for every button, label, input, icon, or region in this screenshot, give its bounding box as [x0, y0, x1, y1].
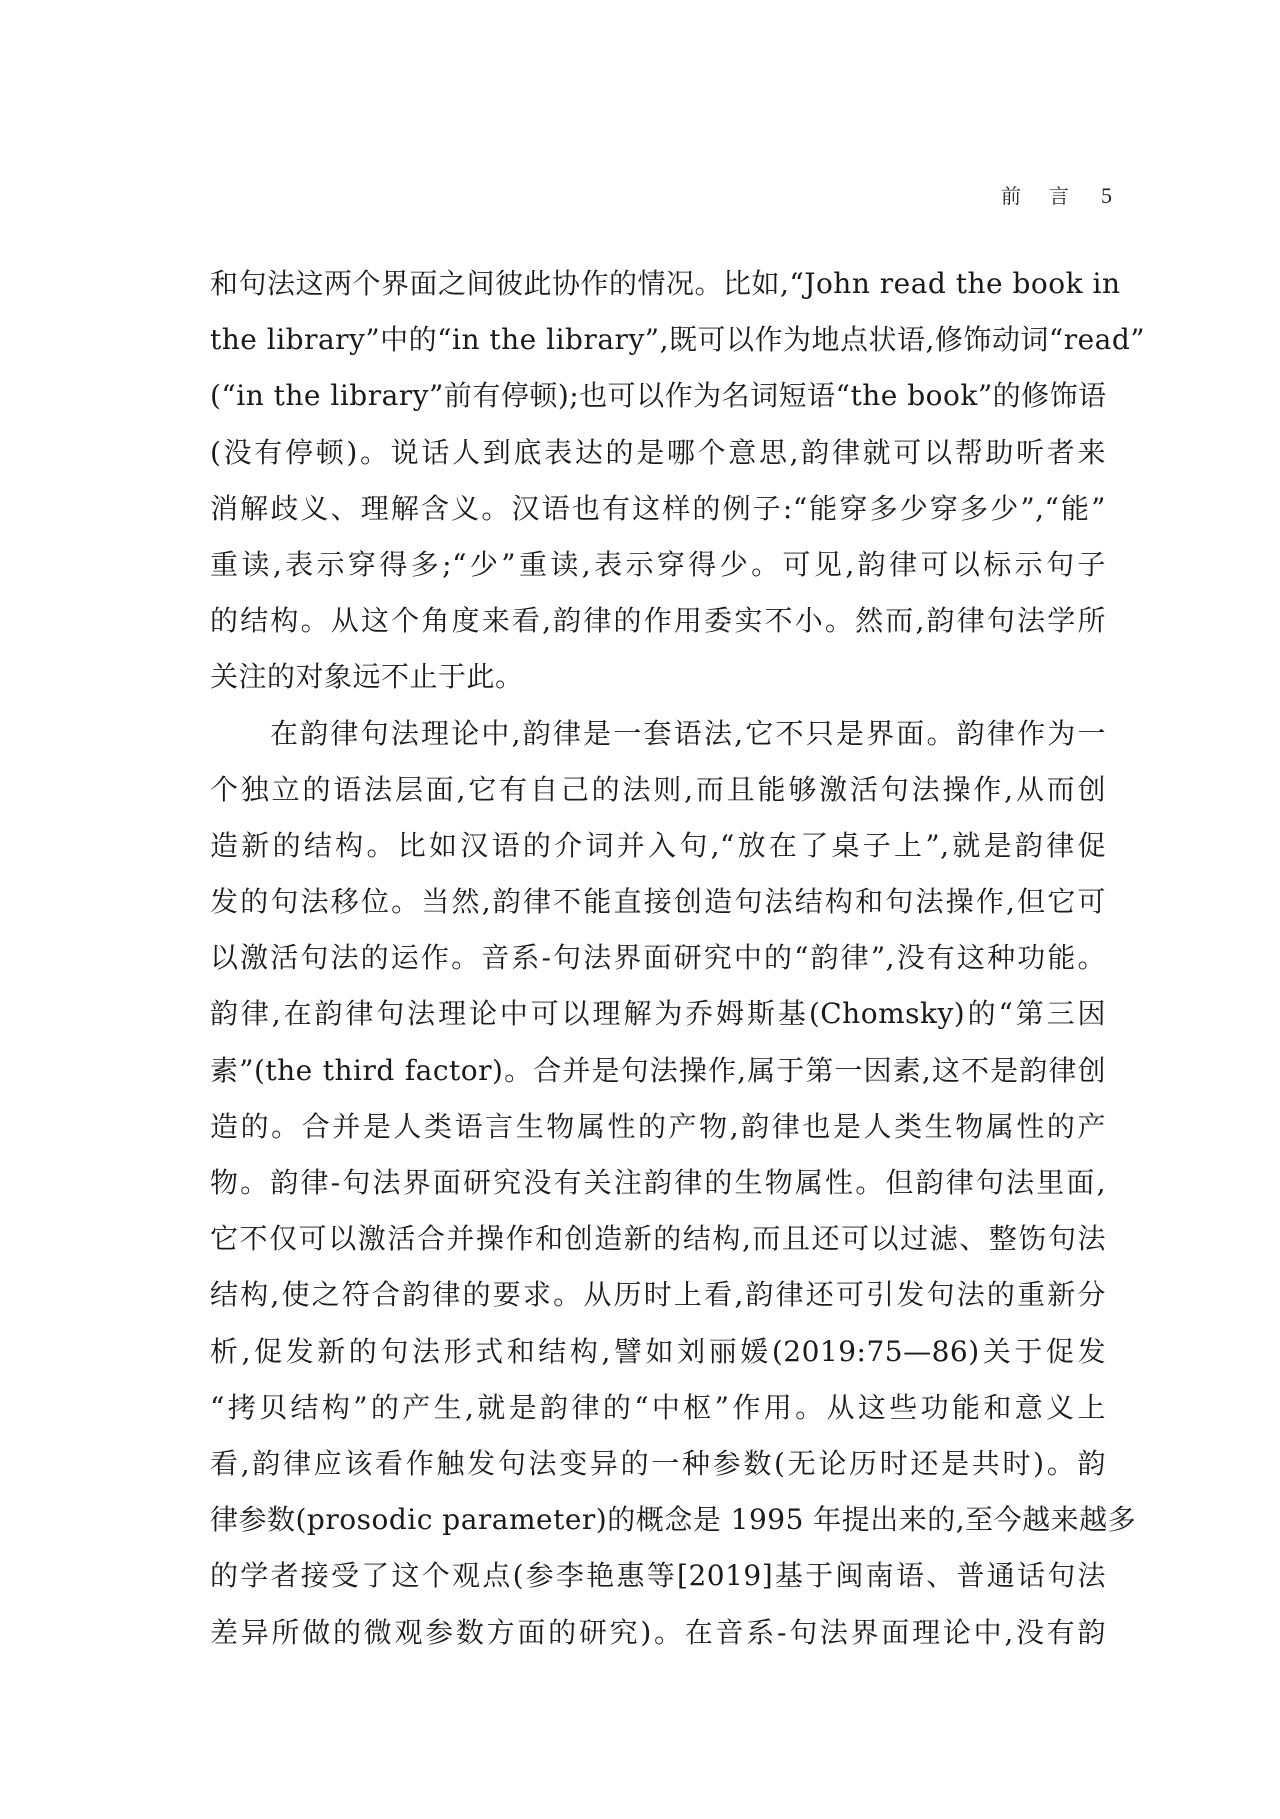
text-line: 关注的对象远不止于此。 — [210, 649, 1106, 705]
text-line: 以激活句法的运作。音系-句法界面研究中的“韵律”,没有这种功能。 — [210, 930, 1106, 986]
page-number: 5 — [1101, 183, 1112, 209]
text-line: 造新的结构。比如汉语的介词并入句,“放在了桌子上”,就是韵律促 — [210, 818, 1106, 874]
paragraph: 和句法这两个界面之间彼此协作的情况。比如,“John read the book… — [210, 256, 1106, 706]
header-title-char: 前 — [1001, 180, 1021, 209]
text-line: the library”中的“in the library”,既可以作为地点状语… — [210, 312, 1106, 368]
text-line: 重读,表示穿得多;“少”重读,表示穿得少。可见,韵律可以标示句子 — [210, 537, 1106, 593]
text-line: 个独立的语法层面,它有自己的法则,而且能够激活句法操作,从而创 — [210, 762, 1106, 818]
text-line: 和句法这两个界面之间彼此协作的情况。比如,“John read the book… — [210, 256, 1106, 312]
paragraph: 在韵律句法理论中,韵律是一套语法,它不只是界面。韵律作为一 个独立的语法层面,它… — [210, 706, 1106, 1661]
text-line: 的学者接受了这个观点(参李艳惠等[2019]基于闽南语、普通话句法 — [210, 1548, 1106, 1604]
text-line: 律参数(prosodic parameter)的概念是 1995 年提出来的,至… — [210, 1492, 1106, 1548]
text-line: 结构,使之符合韵律的要求。从历时上看,韵律还可引发句法的重新分 — [210, 1267, 1106, 1323]
text-line: 消解歧义、理解含义。汉语也有这样的例子:“能穿多少穿多少”,“能” — [210, 481, 1106, 537]
text-line: (没有停顿)。说话人到底表达的是哪个意思,韵律就可以帮助听者来 — [210, 425, 1106, 481]
text-line: 物。韵律-句法界面研究没有关注韵律的生物属性。但韵律句法里面, — [210, 1155, 1106, 1211]
book-page: 前 言 5 和句法这两个界面之间彼此协作的情况。比如,“John read th… — [0, 0, 1280, 1819]
text-line: 素”(the third factor)。合并是句法操作,属于第一因素,这不是韵… — [210, 1043, 1106, 1099]
running-header: 前 言 5 — [1001, 180, 1112, 209]
text-line: 的结构。从这个角度来看,韵律的作用委实不小。然而,韵律句法学所 — [210, 593, 1106, 649]
text-line: 发的句法移位。当然,韵律不能直接创造句法结构和句法操作,但它可 — [210, 874, 1106, 930]
body-text: 和句法这两个界面之间彼此协作的情况。比如,“John read the book… — [210, 256, 1106, 1661]
text-line: 造的。合并是人类语言生物属性的产物,韵律也是人类生物属性的产 — [210, 1099, 1106, 1155]
text-line: (“in the library”前有停顿);也可以作为名词短语“the boo… — [210, 368, 1106, 424]
text-line: 它不仅可以激活合并操作和创造新的结构,而且还可以过滤、整饬句法 — [210, 1211, 1106, 1267]
text-line: 韵律,在韵律句法理论中可以理解为乔姆斯基(Chomsky)的“第三因 — [210, 986, 1106, 1042]
text-line: 看,韵律应该看作触发句法变异的一种参数(无论历时还是共时)。韵 — [210, 1436, 1106, 1492]
text-line: 析,促发新的句法形式和结构,譬如刘丽媛(2019:75—86)关于促发 — [210, 1324, 1106, 1380]
header-title-char: 言 — [1049, 180, 1069, 209]
text-line: 差异所做的微观参数方面的研究)。在音系-句法界面理论中,没有韵 — [210, 1605, 1106, 1661]
text-line: “拷贝结构”的产生,就是韵律的“中枢”作用。从这些功能和意义上 — [210, 1380, 1106, 1436]
text-line: 在韵律句法理论中,韵律是一套语法,它不只是界面。韵律作为一 — [210, 706, 1106, 762]
